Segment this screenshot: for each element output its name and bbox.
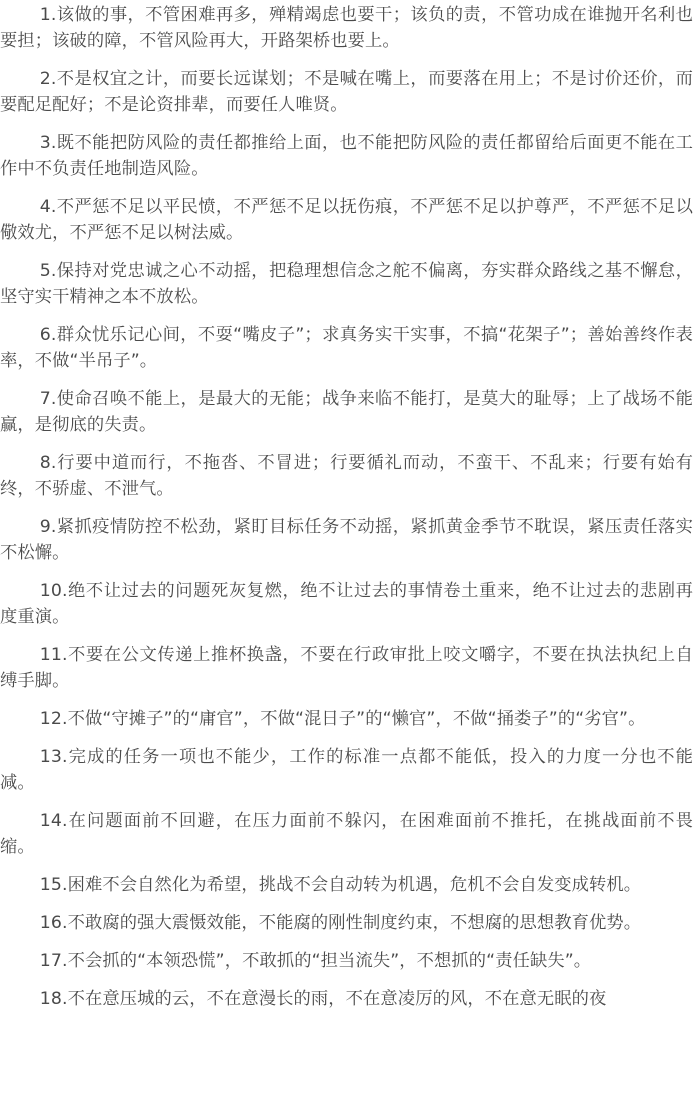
paragraph-12: 12.不做“守摊子”的“庸官”，不做“混日子”的“懒官”，不做“捅娄子”的“劣官… — [0, 706, 693, 732]
paragraph-10: 10.绝不让过去的问题死灰复燃，绝不让过去的事情卷土重来，绝不让过去的悲剧再度重… — [0, 578, 693, 630]
paragraph-13: 13.完成的任务一项也不能少，工作的标准一点都不能低，投入的力度一分也不能减。 — [0, 744, 693, 796]
paragraph-3: 3.既不能把防风险的责任都推给上面，也不能把防风险的责任都留给后面更不能在工作中… — [0, 130, 693, 182]
paragraph-16: 16.不敢腐的强大震慑效能，不能腐的刚性制度约束，不想腐的思想教育优势。 — [0, 910, 693, 936]
paragraph-2: 2.不是权宜之计，而要长远谋划；不是喊在嘴上，而要落在用上；不是讨价还价，而要配… — [0, 66, 693, 118]
paragraph-5: 5.保持对党忠诚之心不动摇，把稳理想信念之舵不偏离，夯实群众路线之基不懈怠，坚守… — [0, 258, 693, 310]
paragraph-1: 1.该做的事，不管困难再多，殚精竭虑也要干；该负的责，不管功成在谁抛开名利也要担… — [0, 0, 693, 54]
article-body: 1.该做的事，不管困难再多，殚精竭虑也要干；该负的责，不管功成在谁抛开名利也要担… — [0, 0, 693, 1012]
paragraph-6: 6.群众忧乐记心间，不耍“嘴皮子”；求真务实干实事，不搞“花架子”；善始善终作表… — [0, 322, 693, 374]
paragraph-8: 8.行要中道而行，不拖沓、不冒进；行要循礼而动，不蛮干、不乱来；行要有始有终，不… — [0, 450, 693, 502]
paragraph-17: 17.不会抓的“本领恐慌”，不敢抓的“担当流失”，不想抓的“责任缺失”。 — [0, 948, 693, 974]
paragraph-11: 11.不要在公文传递上推杯换盏，不要在行政审批上咬文嚼字，不要在执法执纪上自缚手… — [0, 642, 693, 694]
paragraph-4: 4.不严惩不足以平民愤，不严惩不足以抚伤痕，不严惩不足以护尊严，不严惩不足以儆效… — [0, 194, 693, 246]
paragraph-15: 15.困难不会自然化为希望，挑战不会自动转为机遇，危机不会自发变成转机。 — [0, 872, 693, 898]
paragraph-7: 7.使命召唤不能上，是最大的无能；战争来临不能打，是莫大的耻辱；上了战场不能赢，… — [0, 386, 693, 438]
paragraph-18: 18.不在意压城的云，不在意漫长的雨，不在意凌厉的风，不在意无眠的夜 — [0, 986, 693, 1012]
paragraph-9: 9.紧抓疫情防控不松劲，紧盯目标任务不动摇，紧抓黄金季节不耽误，紧压责任落实不松… — [0, 514, 693, 566]
paragraph-14: 14.在问题面前不回避，在压力面前不躲闪，在困难面前不推托，在挑战面前不畏缩。 — [0, 808, 693, 860]
